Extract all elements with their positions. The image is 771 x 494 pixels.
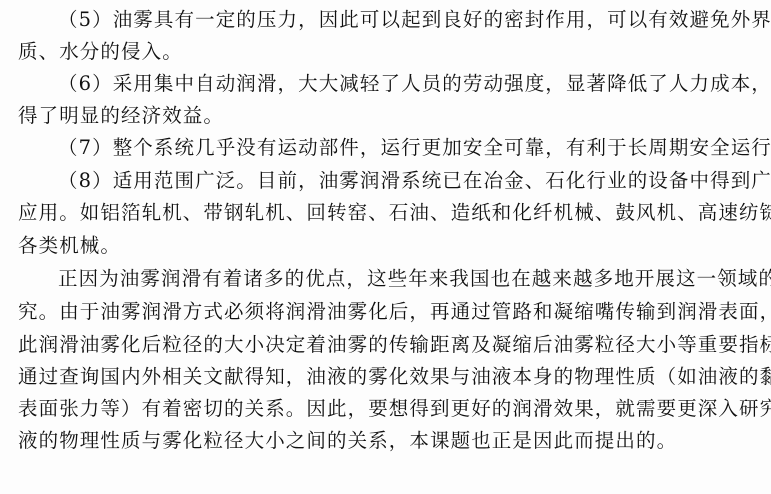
text-line-item8-cont2: 各类机械。 — [18, 234, 734, 258]
text-line-item6-cont: 得了明显的经济效益。 — [18, 104, 734, 128]
document-page: （5）油雾具有一定的压力，因此可以起到良好的密封作用，可以有效避免外界杂 质、水… — [0, 0, 771, 494]
text-line-item6: （6）采用集中自动润滑，大大减轻了人员的劳动强度，显著降低了人力成本，取 — [58, 72, 734, 96]
text-line-para-1: 正因为油雾润滑有着诸多的优点，这些年来我国也在越来越多地开展这一领域的研 — [58, 267, 734, 291]
text-line-para-5: 表面张力等）有着密切的关系。因此，要想得到更好的润滑效果，就需要更深入研究油 — [18, 397, 734, 421]
text-line-item8-cont1: 应用。如铝箔轧机、带钢轧机、回转窑、石油、造纸和化纤机械、鼓风机、高速纺锭等 — [18, 201, 734, 225]
text-line-para-4: 通过查询国内外相关文献得知，油液的雾化效果与油液本身的物理性质（如油液的黏度、 — [18, 365, 734, 389]
text-line-item7: （7）整个系统几乎没有运动部件，运行更加安全可靠，有利于长周期安全运行。 — [58, 136, 734, 160]
text-line-item8: （8）适用范围广泛。目前，油雾润滑系统已在冶金、石化行业的设备中得到广泛 — [58, 169, 734, 193]
text-line-para-2: 究。由于油雾润滑方式必须将润滑油雾化后，再通过管路和凝缩嘴传输到润滑表面，因 — [18, 300, 734, 324]
text-line-para-6: 液的物理性质与雾化粒径大小之间的关系，本课题也正是因此而提出的。 — [18, 429, 734, 453]
text-line-item5-cont: 质、水分的侵入。 — [18, 40, 734, 64]
text-line-para-3: 此润滑油雾化后粒径的大小决定着油雾的传输距离及凝缩后油雾粒径大小等重要指标。 — [18, 333, 734, 357]
text-line-item5: （5）油雾具有一定的压力，因此可以起到良好的密封作用，可以有效避免外界杂 — [58, 8, 734, 32]
